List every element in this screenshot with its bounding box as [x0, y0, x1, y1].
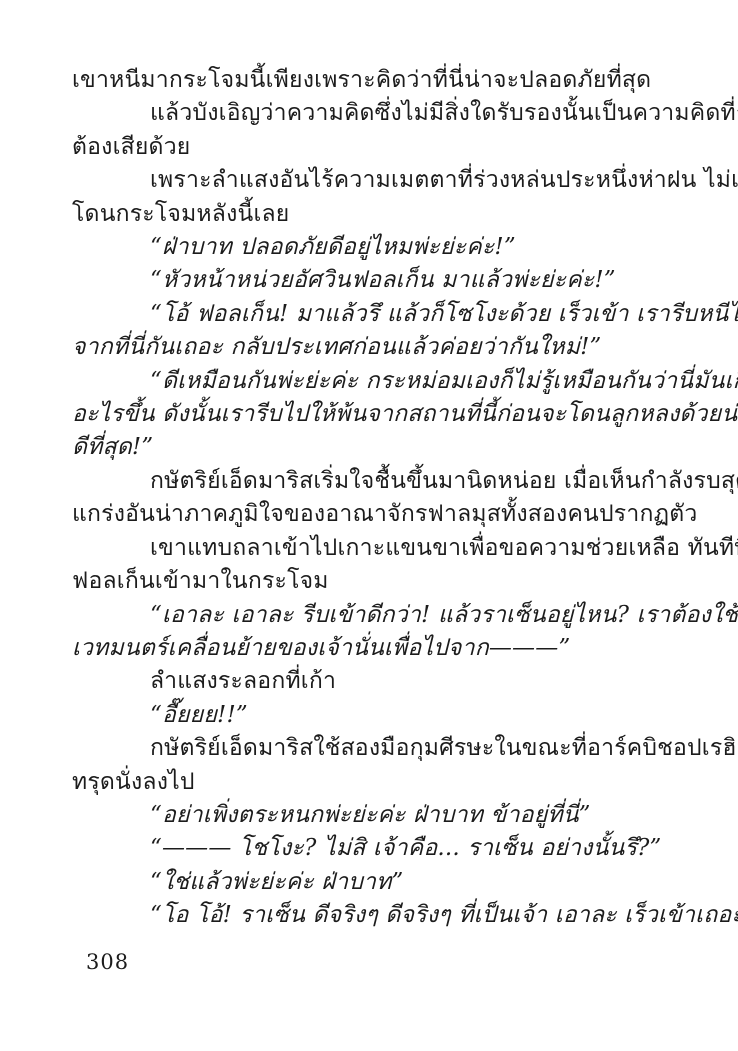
text-line: กษัตริย์เอ็ดมาริสเริ่มใจชื้นขึ้นมานิดหน่… — [72, 465, 670, 498]
text-line: ฟอลเก็นเข้ามาในกระโจม — [72, 565, 670, 598]
text-line: “อื๊ยยย!!” — [72, 699, 670, 732]
text-line: “ดีเหมือนกันพ่ะย่ะค่ะ กระหม่อมเองก็ไม่รู… — [72, 365, 670, 398]
text-line: เขาแทบถลาเข้าไปเกาะแขนขาเพื่อขอความช่วยเ… — [72, 532, 670, 565]
text-line: “เอาละ เอาละ รีบเข้าดีกว่า! แล้วราเซ็นอย… — [72, 599, 670, 632]
page-number: 308 — [86, 950, 129, 974]
text-line: กษัตริย์เอ็ดมาริสใช้สองมือกุมศีรษะในขณะท… — [72, 732, 670, 765]
text-line: แล้วบังเอิญว่าความคิดซึ่งไม่มีสิ่งใดรับร… — [72, 97, 670, 130]
text-line: ลำแสงระลอกที่เก้า — [72, 665, 670, 698]
text-line: เพราะลำแสงอันไร้ความเมตตาที่ร่วงหล่นประห… — [72, 164, 670, 197]
text-line: ดีที่สุด!” — [72, 431, 670, 464]
page-text: เขาหนีมากระโจมนี้เพียงเพราะคิดว่าที่นี่น… — [72, 64, 670, 933]
text-line: เขาหนีมากระโจมนี้เพียงเพราะคิดว่าที่นี่น… — [72, 64, 670, 97]
text-line: “อย่าเพิ่งตระหนกพ่ะย่ะค่ะ ฝ่าบาท ข้าอยู่… — [72, 799, 670, 832]
text-line: จากที่นี่กันเถอะ กลับประเทศก่อนแล้วค่อยว… — [72, 331, 670, 364]
text-line: “——— โชโงะ? ไม่สิ เจ้าคือ... ราเซ็น อย่า… — [72, 832, 670, 865]
text-line: เวทมนตร์เคลื่อนย้ายของเจ้านั่นเพื่อไปจาก… — [72, 632, 670, 665]
text-line: ทรุดนั่งลงไป — [72, 766, 670, 799]
text-line: แกร่งอันน่าภาคภูมิใจของอาณาจักรฟาลมุสทั้… — [72, 498, 670, 531]
text-line: “ใช่แล้วพ่ะย่ะค่ะ ฝ่าบาท” — [72, 866, 670, 899]
text-line: อะไรขึ้น ดังนั้นเรารีบไปให้พ้นจากสถานที่… — [72, 398, 670, 431]
text-line: ต้องเสียด้วย — [72, 131, 670, 164]
text-line: โดนกระโจมหลังนี้เลย — [72, 198, 670, 231]
text-line: “ฝ่าบาท ปลอดภัยดีอยู่ไหมพ่ะย่ะค่ะ!” — [72, 231, 670, 264]
book-page: เขาหนีมากระโจมนี้เพียงเพราะคิดว่าที่นี่น… — [0, 0, 738, 1051]
text-line: “โอ้ ฟอลเก็น! มาแล้วรึ แล้วก็โซโงะด้วย เ… — [72, 298, 670, 331]
text-line: “โอ โอ้! ราเซ็น ดีจริงๆ ดีจริงๆ ที่เป็นเ… — [72, 899, 670, 932]
text-line: “หัวหน้าหน่วยอัศวินฟอลเก็น มาแล้วพ่ะย่ะค… — [72, 264, 670, 297]
